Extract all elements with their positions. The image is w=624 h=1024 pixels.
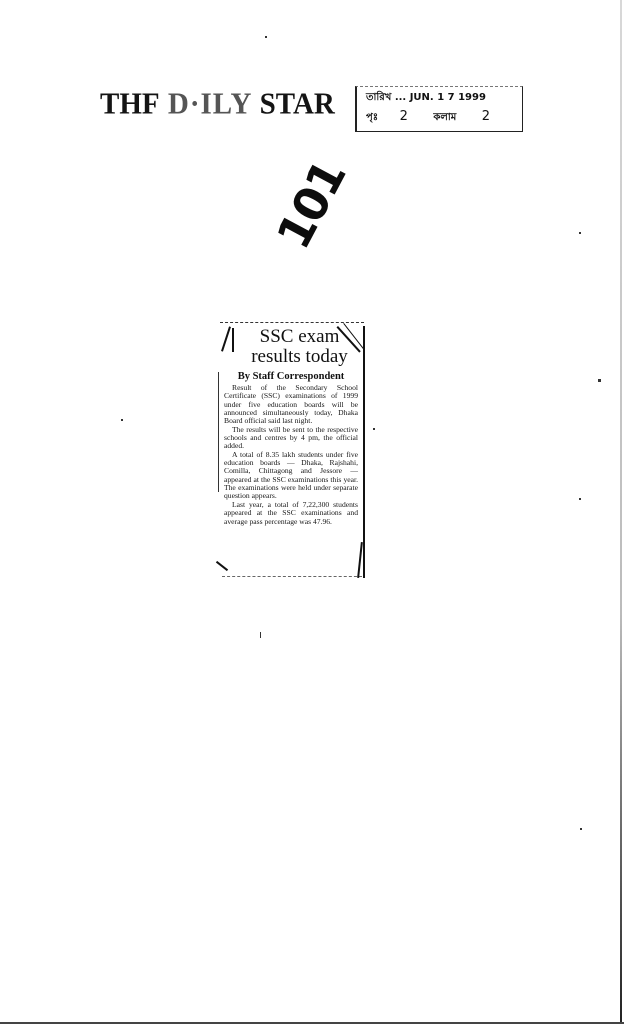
- newspaper-masthead: THF D·ILY STAR: [100, 87, 335, 122]
- pen-mark: [221, 326, 231, 351]
- article-paragraph: Last year, a total of 7,22,300 students …: [224, 501, 358, 526]
- clipping-left-edge: [218, 372, 219, 492]
- stamp-page-label: পৃঃ: [366, 110, 378, 127]
- stamp-date-label: তারিখ ...: [366, 92, 406, 103]
- scan-speck: [121, 419, 123, 421]
- headline-line-1: SSC exam: [237, 327, 362, 347]
- stamp-page-value: 2: [400, 109, 408, 124]
- article-body: Result of the Secondary School Certifica…: [224, 384, 358, 526]
- page-edge-right: [620, 0, 622, 1024]
- stamp-column-label: কলাম: [433, 110, 456, 127]
- article-paragraph: A total of 8.35 lakh students under five…: [224, 451, 358, 501]
- stamp-date-row: তারিখ ... JUN. 1 7 1999: [366, 90, 486, 107]
- article-headline: SSC exam results today: [237, 327, 362, 367]
- scan-speck: [579, 232, 581, 234]
- clipping-bottom-edge: [222, 576, 362, 577]
- scan-speck: [580, 828, 582, 830]
- handwritten-index-number: 101: [266, 153, 356, 258]
- stamp-date-value: JUN. 1 7 1999: [410, 92, 486, 103]
- masthead-part-4: STAR: [252, 87, 334, 121]
- headline-line-2: results today: [237, 347, 362, 367]
- scan-speck: [373, 428, 375, 430]
- pen-arrow-mark: [216, 561, 228, 571]
- pen-mark-2: [232, 328, 234, 352]
- scan-speck: [579, 498, 581, 500]
- article-byline: By Staff Correspondent: [218, 371, 364, 382]
- scan-speck: [265, 36, 267, 38]
- stamp-column-value: 2: [482, 109, 490, 124]
- article-paragraph: The results will be sent to the respecti…: [224, 426, 358, 451]
- stamp-page-column-row: পৃঃ 2 কলাম 2: [366, 109, 516, 127]
- clipping-right-edge: [363, 326, 365, 578]
- archive-date-stamp: তারিখ ... JUN. 1 7 1999 পৃঃ 2 কলাম 2: [355, 86, 523, 132]
- article-paragraph: Result of the Secondary School Certifica…: [224, 384, 358, 426]
- masthead-part-3: ·ILY: [190, 87, 253, 121]
- scan-speck: [598, 379, 601, 382]
- newspaper-clipping: SSC exam results today By Staff Correspo…: [218, 322, 364, 578]
- clipping-right-edge-mark: [357, 542, 363, 578]
- masthead-part-2: D: [160, 87, 190, 121]
- masthead-part-1: THF: [100, 87, 160, 121]
- scan-speck: [260, 632, 261, 638]
